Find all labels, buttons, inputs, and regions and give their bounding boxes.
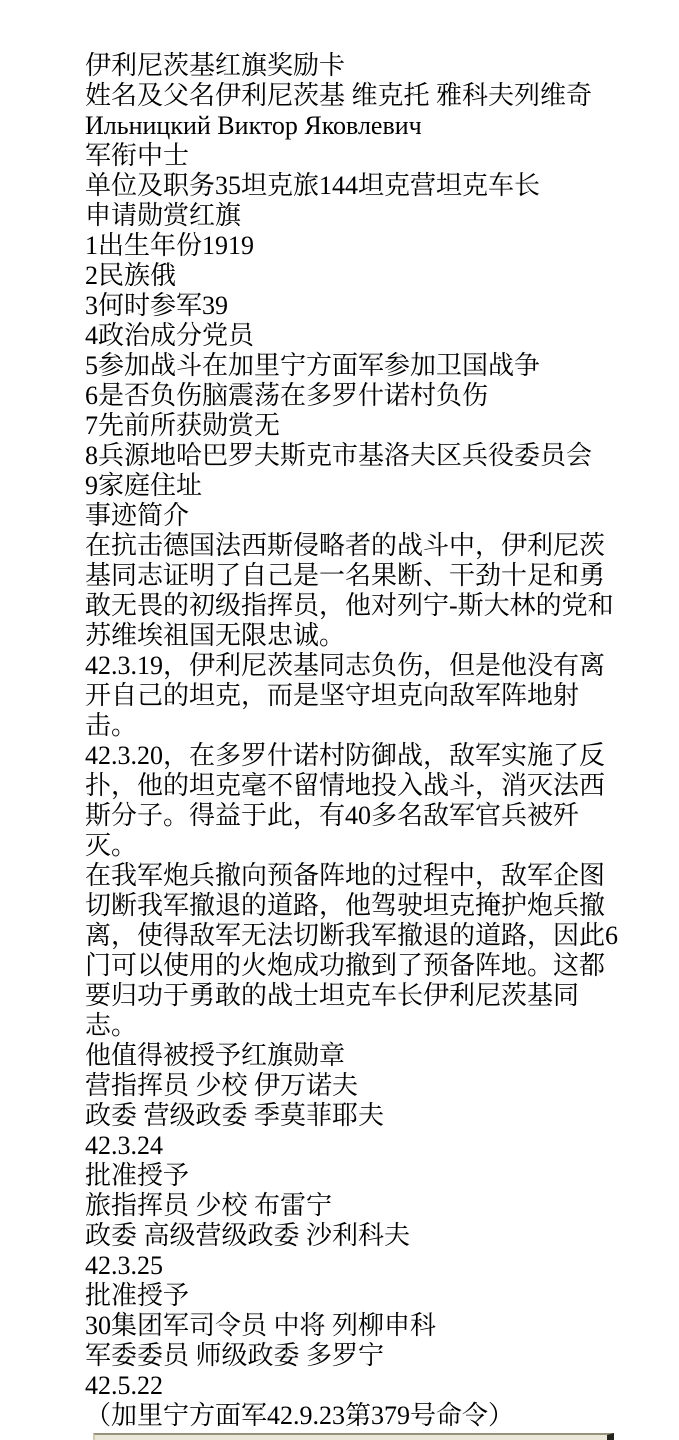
- text-line: 志。: [85, 1011, 645, 1041]
- text-line: 旅指挥员 少校 布雷宁: [85, 1191, 645, 1221]
- text-line: 42.3.24: [85, 1131, 645, 1161]
- text-line: 30集团军司令员 中将 列柳申科: [85, 1311, 645, 1341]
- text-line: 42.3.25: [85, 1251, 645, 1281]
- text-line: 敢无畏的初级指挥员，他对列宁-斯大林的党和: [85, 591, 645, 621]
- text-line: 基同志证明了自己是一名果断、干劲十足和勇: [85, 561, 645, 591]
- text-line: 灭。: [85, 831, 645, 861]
- text-line: 伊利尼茨基红旗奖励卡: [85, 51, 645, 81]
- text-line: 政委 高级营级政委 沙利科夫: [85, 1221, 645, 1251]
- text-line: 6是否负伤脑震荡在多罗什诺村负伤: [85, 381, 645, 411]
- text-line: 8兵源地哈巴罗夫斯克市基洛夫区兵役委员会: [85, 441, 645, 471]
- text-line: 门可以使用的火炮成功撤到了预备阵地。这都: [85, 951, 645, 981]
- text-line: 他值得被授予红旗勋章: [85, 1041, 645, 1071]
- text-line: 42.5.22: [85, 1371, 645, 1401]
- text-line: 单位及职务35坦克旅144坦克营坦克车长: [85, 171, 645, 201]
- text-line: 事迹简介: [85, 501, 645, 531]
- text-line: 42.3.19，伊利尼茨基同志负伤，但是他没有离: [85, 651, 645, 681]
- text-line: 军衔中士: [85, 141, 645, 171]
- scanned-document-top-edge: [93, 1433, 614, 1440]
- text-line: 营指挥员 少校 伊万诺夫: [85, 1071, 645, 1101]
- text-line: 要归功于勇敢的战士坦克车长伊利尼茨基同: [85, 981, 645, 1011]
- text-line: 2民族俄: [85, 261, 645, 291]
- text-line: 斯分子。得益于此，有40多名敌军官兵被歼: [85, 801, 645, 831]
- text-line: 扑，他的坦克毫不留情地投入战斗，消灭法西: [85, 771, 645, 801]
- text-line: （加里宁方面军42.9.23第379号命令）: [85, 1401, 645, 1431]
- text-line: 批准授予: [85, 1161, 645, 1191]
- text-line: 在抗击德国法西斯侵略者的战斗中，伊利尼茨: [85, 531, 645, 561]
- text-line: 7先前所获勋赏无: [85, 411, 645, 441]
- text-line: 申请勋赏红旗: [85, 201, 645, 231]
- text-line: 军委委员 师级政委 多罗宁: [85, 1341, 645, 1371]
- text-line: 开自己的坦克，而是坚守坦克向敌军阵地射: [85, 681, 645, 711]
- text-line: 离，使得敌军无法切断我军撤退的道路，因此6: [85, 921, 645, 951]
- text-line: 1出生年份1919: [85, 231, 645, 261]
- text-line: 政委 营级政委 季莫菲耶夫: [85, 1101, 645, 1131]
- award-card-text: 伊利尼茨基红旗奖励卡姓名及父名伊利尼茨基 维克托 雅科夫列维奇Ильницкий…: [85, 51, 645, 1431]
- text-line: 切断我军撤退的道路，他驾驶坦克掩护炮兵撤: [85, 891, 645, 921]
- text-line: 击。: [85, 711, 645, 741]
- text-line: 5参加战斗在加里宁方面军参加卫国战争: [85, 351, 645, 381]
- text-line: 姓名及父名伊利尼茨基 维克托 雅科夫列维奇: [85, 81, 645, 111]
- text-line: 9家庭住址: [85, 471, 645, 501]
- text-line: 3何时参军39: [85, 291, 645, 321]
- text-line: 在我军炮兵撤向预备阵地的过程中，敌军企图: [85, 861, 645, 891]
- text-line: 4政治成分党员: [85, 321, 645, 351]
- text-line: 苏维埃祖国无限忠诚。: [85, 621, 645, 651]
- text-line: 42.3.20，在多罗什诺村防御战，敌军实施了反: [85, 741, 645, 771]
- text-line: Ильницкий Виктор Яковлевич: [85, 111, 645, 141]
- text-line: 批准授予: [85, 1281, 645, 1311]
